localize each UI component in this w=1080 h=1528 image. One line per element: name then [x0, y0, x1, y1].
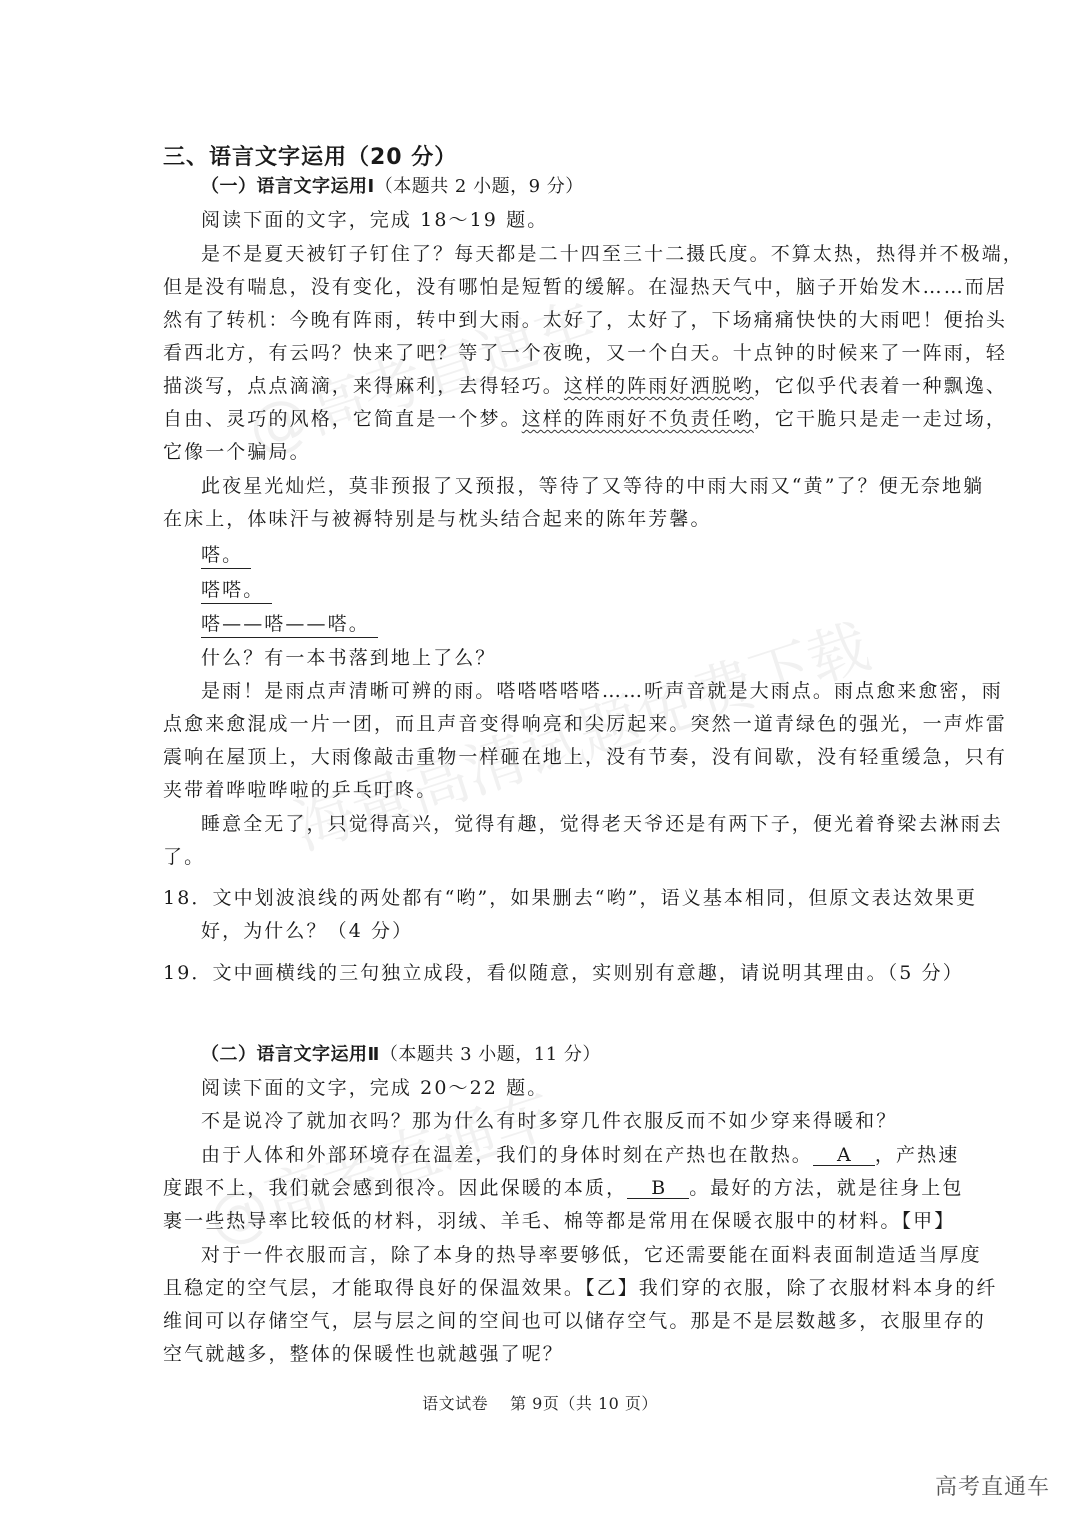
passage-line: 裹一些热导率比较低的材料，羽绒、羊毛、棉等都是常用在保暖衣服中的材料。【甲】	[163, 1209, 923, 1233]
passage-line: 度跟不上，我们就会感到很冷。因此保暖的本质，B。最好的方法，就是往身上包	[163, 1176, 923, 1200]
wavy-underlined-sentence-1: 这样的阵雨好洒脱哟	[564, 375, 754, 397]
passage-text: 自由、灵巧的风格，它简直是一个梦。	[163, 408, 522, 430]
passage-line: 自由、灵巧的风格，它简直是一个梦。这样的阵雨好不负责任哟，它干脆只是走一走过场，	[163, 407, 923, 431]
part2-heading-title: （二）语言文字运用Ⅱ	[201, 1044, 380, 1065]
brand-logo-text: 高考直通车	[935, 1470, 1050, 1501]
passage-text: 。最好的方法，就是往身上包	[689, 1177, 963, 1199]
blank-b: B	[627, 1178, 689, 1199]
passage-line: 在床上，体味汗与被褥特别是与枕头结合起来的陈年芳馨。	[163, 507, 923, 531]
passage-text: ，它似乎代表着一种飘逸、	[754, 375, 1007, 397]
part1-heading-note: （本题共 2 小题，9 分）	[375, 176, 584, 197]
passage-text: 度跟不上，我们就会感到很冷。因此保暖的本质，	[163, 1177, 627, 1199]
passage-line: 空气就越多，整体的保暖性也就越强了呢？	[163, 1342, 923, 1366]
passage-line: 看西北方，有云吗？快来了吧？等了一个夜晚，又一个白天。十点钟的时候来了一阵雨，轻	[163, 341, 923, 365]
passage-line: 但是没有喘息，没有变化，没有哪怕是短暂的缓解。在湿热天气中，脑子开始发木……而居	[163, 275, 923, 299]
blank-a: A	[813, 1145, 875, 1166]
passage-line: 由于人体和外部环境存在温差，我们的身体时刻在产热也在散热。A，产热速	[201, 1143, 923, 1167]
passage-line: 然有了转机：今晚有阵雨，转中到大雨。太好了，太好了，下场痛痛快快的大雨吧！便抬头	[163, 308, 923, 332]
passage-line: 它像一个骗局。	[163, 440, 923, 464]
footer-subject: 语文试卷	[422, 1394, 488, 1413]
passage-text: 由于人体和外部环境存在温差，我们的身体时刻在产热也在散热。	[201, 1144, 813, 1166]
section-title: 三、语言文字运用（20 分）	[163, 140, 457, 171]
passage-line: 是不是夏天被钉子钉住了？每天都是二十四至三十二摄氏度。不算太热，热得并不极端，	[201, 242, 923, 266]
passage-text: ，它干脆只是走一走过场，	[754, 408, 1007, 430]
passage-line: 夹带着哗啦哗啦的乒乓叮咚。	[163, 778, 923, 802]
underlined-sentence-3: 嗒——嗒——嗒。	[201, 612, 961, 636]
part2-heading-note: （本题共 3 小题，11 分）	[380, 1044, 601, 1065]
passage-line: 且稳定的空气层，才能取得良好的保温效果。【乙】我们穿的衣服，除了衣服材料本身的纤	[163, 1276, 923, 1300]
part2-heading: （二）语言文字运用Ⅱ（本题共 3 小题，11 分）	[201, 1043, 601, 1067]
question-18-cont: 好，为什么？（4 分）	[201, 919, 961, 943]
passage-line: 不是说冷了就加衣吗？那为什么有时多穿几件衣服反而不如少穿来得暖和？	[201, 1109, 961, 1133]
underlined-text: 嗒嗒。	[201, 579, 272, 604]
passage-line: 了。	[163, 845, 923, 869]
passage-line: 是雨！是雨点声清晰可辨的雨。嗒嗒嗒嗒嗒……听声音就是大雨点。雨点愈来愈密，雨	[201, 679, 923, 703]
passage-text: 描淡写，点点滴滴，来得麻利，去得轻巧。	[163, 375, 564, 397]
underlined-sentence-1: 嗒。	[201, 543, 961, 567]
part1-instruction: 阅读下面的文字，完成 18～19 题。	[201, 208, 961, 232]
part1-heading-title: （一）语言文字运用Ⅰ	[201, 176, 375, 197]
question-19: 19．文中画横线的三句独立成段，看似随意，实则别有意趣，请说明其理由。（5 分）	[163, 961, 923, 985]
question-18: 18．文中划波浪线的两处都有“哟”，如果删去“哟”，语义基本相同，但原文表达效果…	[163, 886, 923, 910]
passage-line: 点愈来愈混成一片一团，而且声音变得响亮和尖厉起来。突然一道青绿色的强光，一声炸雷	[163, 712, 923, 736]
passage-line: 描淡写，点点滴滴，来得麻利，去得轻巧。这样的阵雨好洒脱哟，它似乎代表着一种飘逸、	[163, 374, 923, 398]
passage-text: ，产热速	[875, 1144, 959, 1166]
passage-line: 睡意全无了，只觉得高兴，觉得有趣，觉得老天爷还是有两下子，便光着脊梁去淋雨去	[201, 812, 923, 836]
part2-instruction: 阅读下面的文字，完成 20～22 题。	[201, 1076, 961, 1100]
exam-page: @高考直通车 海量高清试题免费下载 @高考直通车 三、语言文字运用（20 分） …	[0, 0, 1080, 1528]
underlined-text: 嗒——嗒——嗒。	[201, 613, 378, 638]
part1-heading: （一）语言文字运用Ⅰ（本题共 2 小题，9 分）	[201, 175, 584, 199]
passage-line: 此夜星光灿烂，莫非预报了又预报，等待了又等待的中雨大雨又“黄”了？便无奈地躺	[201, 474, 923, 498]
wavy-underlined-sentence-2: 这样的阵雨好不负责任哟	[522, 408, 754, 430]
passage-line: 震响在屋顶上，大雨像敲击重物一样砸在地上，没有节奏，没有间歇，没有轻重缓急，只有	[163, 745, 923, 769]
passage-line: 什么？有一本书落到地上了么？	[201, 646, 961, 670]
underlined-text: 嗒。	[201, 544, 251, 569]
footer-page-number: 第 9页（共 10 页）	[510, 1394, 658, 1413]
passage-line: 对于一件衣服而言，除了本身的热导率要够低，它还需要能在面料表面制造适当厚度	[201, 1243, 923, 1267]
page-footer: 语文试卷第 9页（共 10 页）	[0, 1391, 1080, 1414]
passage-line: 维间可以存储空气，层与层之间的空间也可以储存空气。那是不是层数越多，衣服里存的	[163, 1309, 923, 1333]
underlined-sentence-2: 嗒嗒。	[201, 578, 961, 602]
